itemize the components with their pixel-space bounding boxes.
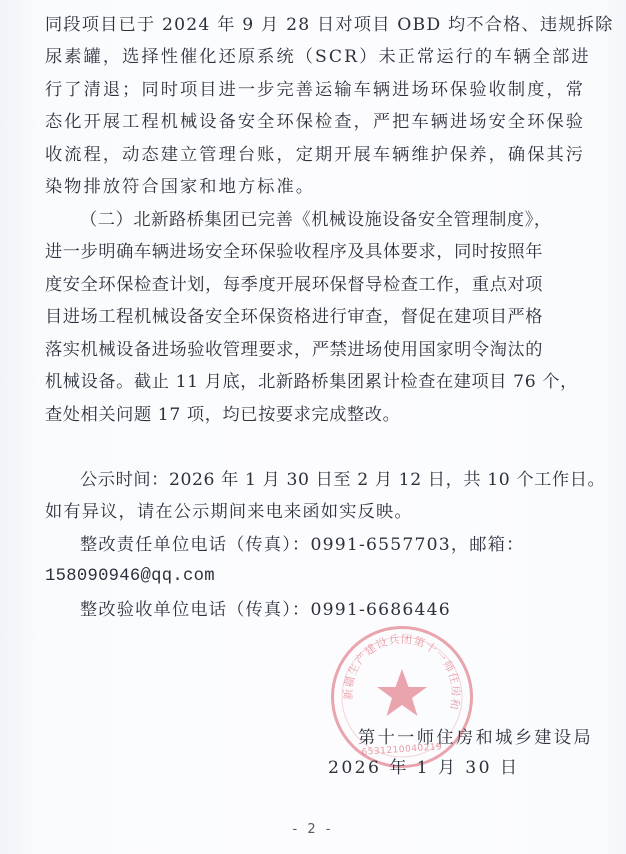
- page-number: - 2 -: [0, 822, 626, 837]
- paragraph-1-line-5: 收流程，动态建立管理台账，定期开展车辆维护保养，确保其污: [45, 145, 585, 165]
- paragraph-2-line-6: 机械设备。截止 11 月底，北新路桥集团累计检查在建项目 76 个，: [45, 372, 585, 392]
- responsible-unit-email[interactable]: 158090946@qq.com: [45, 567, 585, 587]
- notice-period-line-2: 如有异议，请在公示期间来电来函如实反映。: [45, 502, 585, 522]
- paragraph-1-line-2: 尿素罐，选择性催化还原系统（SCR）未正常运行的车辆全部进: [45, 47, 585, 67]
- responsible-unit-contact: 整改责任单位电话（传真）：0991-6557703，邮箱：: [80, 535, 620, 555]
- paragraph-1-line-6: 染物排放符合国家和地方标准。: [45, 177, 585, 197]
- paragraph-1-line-3: 行了清退；同时项目进一步完善运输车辆进场环保验收制度，常: [45, 80, 585, 100]
- paragraph-2-line-5: 落实机械设备进场验收管理要求，严禁进场使用国家明令淘汰的: [45, 340, 585, 360]
- acceptance-unit-contact: 整改验收单位电话（传真）：0991-6686446: [80, 600, 620, 620]
- paragraph-2-line-4: 目进场工程机械设备安全环保资格进行审查，督促在建项目严格: [45, 307, 585, 327]
- paragraph-2-line-7: 查处相关问题 17 项，均已按要求完成整改。: [45, 405, 585, 425]
- paragraph-2-line-2: 进一步明确车辆进场安全环保验收程序及具体要求，同时按照年: [45, 242, 585, 262]
- issue-date: 2026 年 1 月 30 日: [328, 753, 519, 778]
- paragraph-2-line-1: （二）北新路桥集团已完善《机械设施设备安全管理制度》，: [80, 210, 620, 230]
- issuing-organization: 第十一师住房和城乡建设局: [358, 723, 593, 748]
- notice-period-line-1: 公示时间：2026 年 1 月 30 日至 2 月 12 日，共 10 个工作日…: [80, 470, 620, 490]
- paragraph-1-line-4: 态化开展工程机械设备安全环保检查，严把车辆进场安全环保验: [45, 112, 585, 132]
- paragraph-2-line-3: 度安全环保检查计划，每季度开展环保督导检查工作，重点对项: [45, 275, 585, 295]
- document-page: 同段项目已于 2024 年 9 月 28 日对项目 OBD 均不合格、违规拆除 …: [0, 0, 626, 854]
- paragraph-1-line-1: 同段项目已于 2024 年 9 月 28 日对项目 OBD 均不合格、违规拆除: [45, 15, 585, 35]
